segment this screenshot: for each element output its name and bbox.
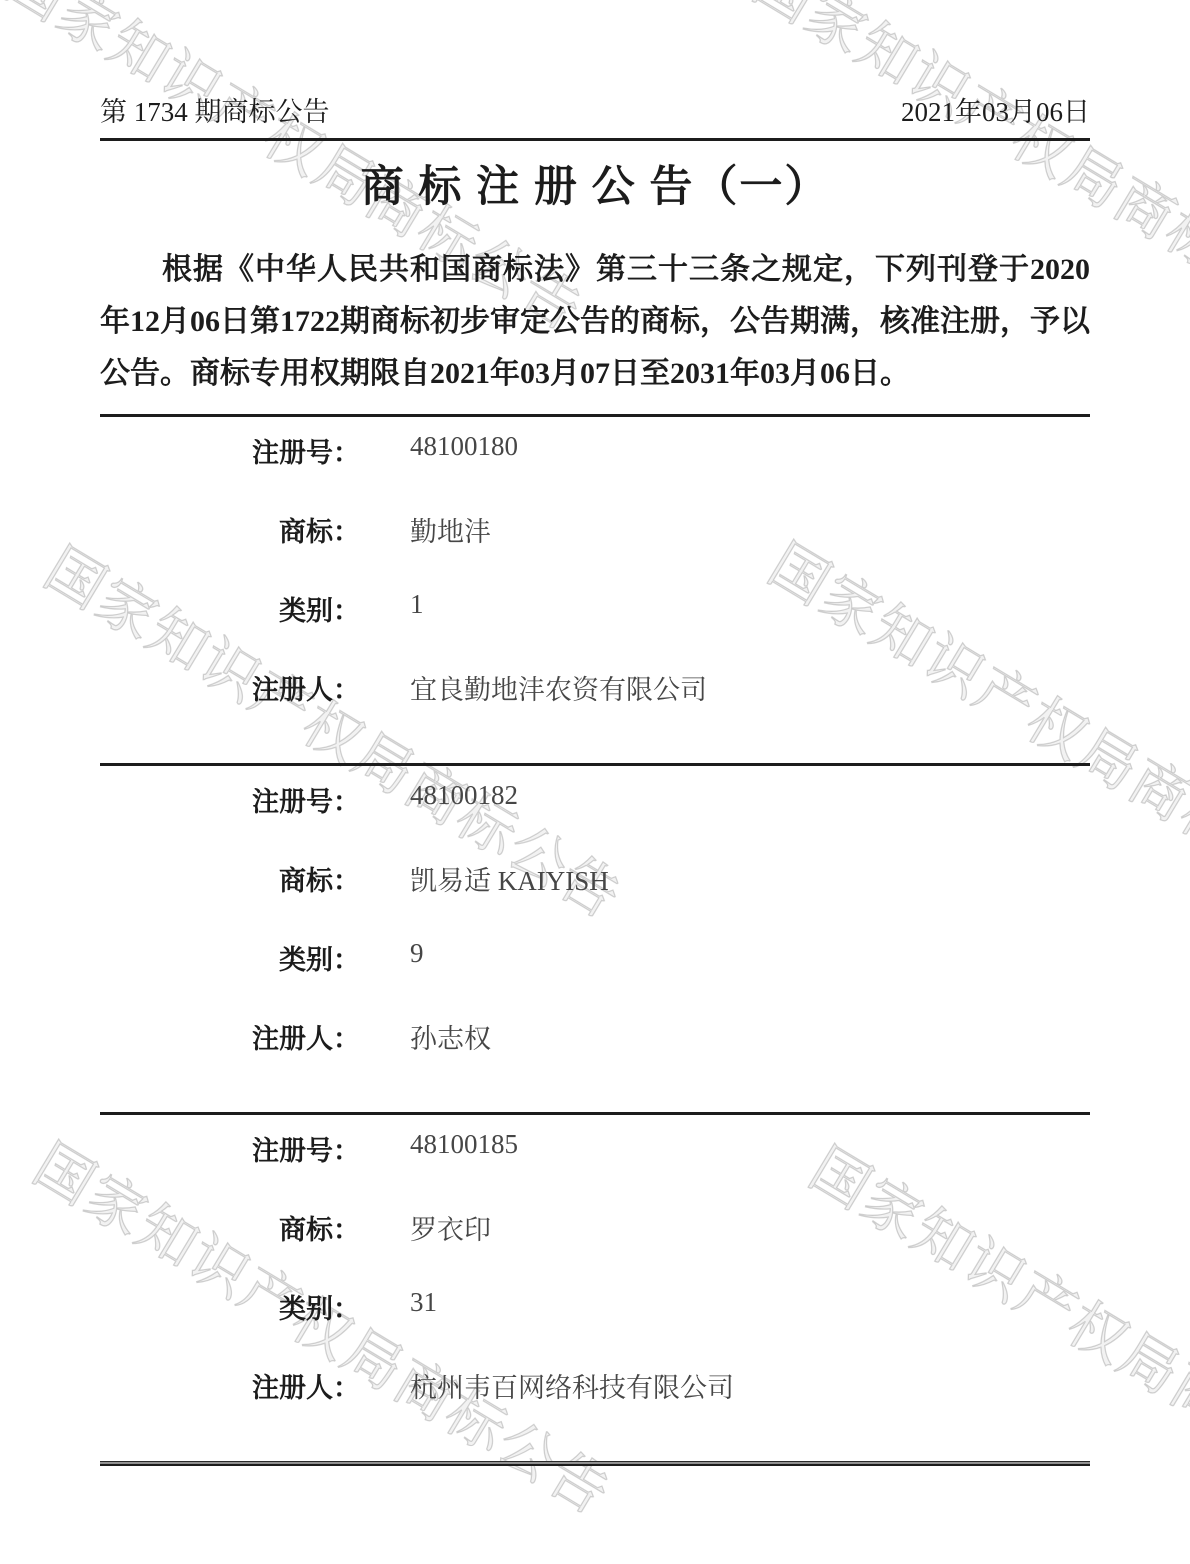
field-value-mark: 罗衣印	[410, 1208, 491, 1247]
field-label-reg-no: 注册号：	[100, 431, 360, 470]
trademark-gazette-page: 国家知识产权局商标公告 国家知识产权局商标公告 国家知识产权局商标公告 国家知识…	[0, 0, 1190, 1564]
field-value-category: 1	[410, 589, 424, 620]
field-value-registrant: 杭州韦百网络科技有限公司	[410, 1366, 734, 1405]
field-label-reg-no: 注册号：	[100, 780, 360, 819]
document-content: 第 1734 期商标公告 2021年03月06日 商 标 注 册 公 告（一） …	[100, 0, 1090, 1466]
field-label-registrant: 注册人：	[100, 668, 360, 707]
field-row-registrant: 注册人： 孙志权	[100, 1017, 1090, 1096]
record-list: 注册号： 48100180 商标： 勤地沣 类别： 1 注册人： 宜良勤地沣农资…	[100, 414, 1090, 1466]
page-header: 第 1734 期商标公告 2021年03月06日	[100, 0, 1090, 129]
field-value-registrant: 孙志权	[410, 1017, 491, 1056]
field-label-registrant: 注册人：	[100, 1366, 360, 1405]
field-value-category: 31	[410, 1287, 437, 1318]
field-row-category: 类别： 9	[100, 938, 1090, 1017]
field-label-category: 类别：	[100, 1287, 360, 1326]
field-value-reg-no: 48100182	[410, 780, 518, 811]
field-row-reg-no: 注册号： 48100185	[100, 1129, 1090, 1208]
field-row-mark: 商标： 凯易适 KAIYISH	[100, 859, 1090, 938]
field-row-category: 类别： 1	[100, 589, 1090, 668]
field-row-registrant: 注册人： 杭州韦百网络科技有限公司	[100, 1366, 1090, 1445]
field-value-mark: 勤地沣	[410, 510, 491, 549]
intro-paragraph: 根据《中华人民共和国商标法》第三十三条之规定，下列刊登于2020年12月06日第…	[100, 244, 1090, 400]
bottom-divider	[100, 1461, 1090, 1466]
field-value-reg-no: 48100185	[410, 1129, 518, 1160]
header-divider	[100, 138, 1090, 141]
field-label-category: 类别：	[100, 589, 360, 628]
gazette-date: 2021年03月06日	[901, 90, 1090, 129]
field-row-category: 类别： 31	[100, 1287, 1090, 1366]
trademark-record: 注册号： 48100182 商标： 凯易适 KAIYISH 类别： 9 注册人：…	[100, 763, 1090, 1096]
trademark-record: 注册号： 48100180 商标： 勤地沣 类别： 1 注册人： 宜良勤地沣农资…	[100, 414, 1090, 747]
field-row-reg-no: 注册号： 48100182	[100, 780, 1090, 859]
gazette-issue-number: 第 1734 期商标公告	[100, 90, 330, 129]
trademark-record: 注册号： 48100185 商标： 罗衣印 类别： 31 注册人： 杭州韦百网络…	[100, 1112, 1090, 1445]
field-label-mark: 商标：	[100, 510, 360, 549]
field-label-mark: 商标：	[100, 1208, 360, 1247]
field-value-registrant: 宜良勤地沣农资有限公司	[410, 668, 707, 707]
field-label-category: 类别：	[100, 938, 360, 977]
field-label-registrant: 注册人：	[100, 1017, 360, 1056]
field-row-mark: 商标： 勤地沣	[100, 510, 1090, 589]
page-title: 商 标 注 册 公 告（一）	[100, 153, 1090, 214]
field-row-registrant: 注册人： 宜良勤地沣农资有限公司	[100, 668, 1090, 747]
field-value-category: 9	[410, 938, 424, 969]
field-row-mark: 商标： 罗衣印	[100, 1208, 1090, 1287]
field-value-reg-no: 48100180	[410, 431, 518, 462]
field-value-mark: 凯易适 KAIYISH	[410, 859, 609, 898]
field-row-reg-no: 注册号： 48100180	[100, 431, 1090, 510]
field-label-mark: 商标：	[100, 859, 360, 898]
field-label-reg-no: 注册号：	[100, 1129, 360, 1168]
